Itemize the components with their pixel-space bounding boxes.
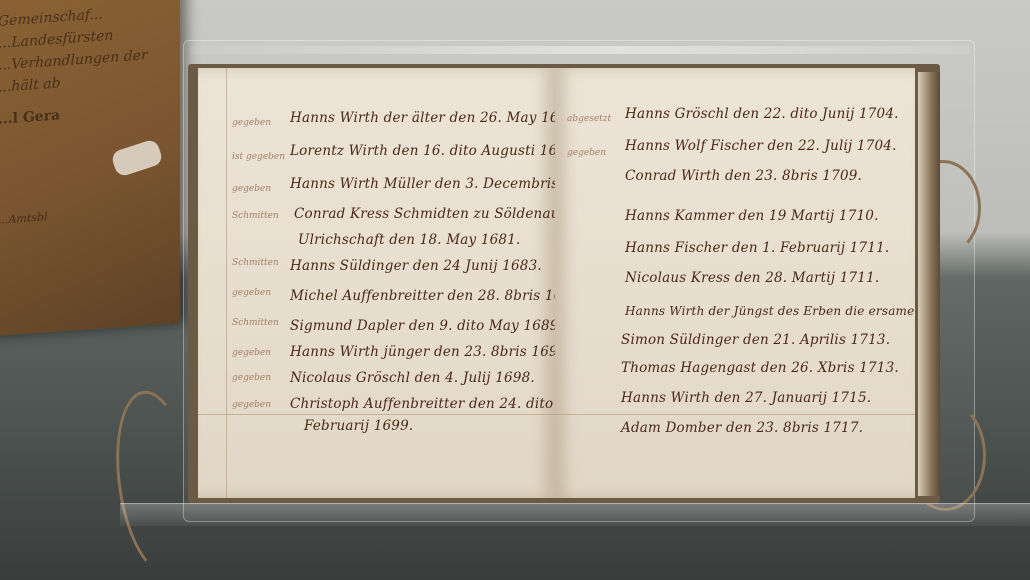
ruled-line <box>198 414 555 415</box>
margin-note: gegeben <box>232 118 271 128</box>
register-entry: Hanns Wolf Fischer den 22. Julij 1704. <box>625 138 897 154</box>
acrylic-shelf <box>120 503 1030 526</box>
register-entry: Hanns Fischer den 1. Februarij 1711. <box>625 240 889 256</box>
register-entry: Ulrichschaft den 18. May 1681. <box>298 232 520 248</box>
register-entry: Hanns Wirth den 27. Januarij 1715. <box>621 390 871 406</box>
background-document: Gemeinschaf... ...Landesfürsten ...Verha… <box>0 0 180 337</box>
margin-note: abgesetzt <box>567 114 611 124</box>
register-entry: Hanns Wirth der älter den 26. May 1669. <box>290 110 581 126</box>
register-entry: Nicolaus Gröschl den 4. Julij 1698. <box>290 370 535 386</box>
register-entry: Nicolaus Kress den 28. Martij 1711. <box>625 270 879 286</box>
book-fore-edge <box>918 72 940 496</box>
acrylic-reflection <box>190 46 970 54</box>
register-entry: Hanns Süldinger den 24 Junij 1683. <box>290 258 542 274</box>
register-entry: Conrad Kress Schmidten zu Söldenau <box>294 206 560 222</box>
margin-note: gegeben <box>232 184 271 194</box>
register-entry: Simon Süldinger den 21. Aprilis 1713. <box>621 332 890 348</box>
margin-note: gegeben <box>232 373 271 383</box>
register-entry: Thomas Hagengast den 26. Xbris 1713. <box>621 360 899 376</box>
margin-note: Schmitten <box>232 211 279 221</box>
document-line: ...Amtsbl <box>0 210 48 226</box>
margin-note: gegeben <box>232 288 271 298</box>
register-entry: Hanns Kammer den 19 Martij 1710. <box>625 208 879 224</box>
register-entry: Hanns Gröschl den 22. dito Junij 1704. <box>625 106 899 122</box>
document-line: Gemeinschaf... <box>0 6 103 29</box>
register-entry: Christoph Auffenbreitter den 24. dito <box>290 396 553 412</box>
register-entry: Februarij 1699. <box>304 418 413 434</box>
ruled-line <box>555 414 915 415</box>
right-page: abgesetzt gegeben Hanns Gröschl den 22. … <box>555 68 915 498</box>
margin-note: Schmitten <box>232 318 279 328</box>
document-line: ...Landesfürsten <box>0 28 113 52</box>
margin-note: ist gegeben <box>232 152 285 162</box>
margin-note: gegeben <box>232 400 271 410</box>
margin-rule <box>226 68 227 498</box>
document-line: ...Verhandlungen der <box>0 47 148 73</box>
register-entry: Hanns Wirth der Jüngst des Erben die ers… <box>625 304 914 318</box>
register-entry: Hanns Wirth jünger den 23. 8bris 1696. <box>290 344 571 360</box>
register-entry: Michel Auffenbreitter den 28. 8bris 1684… <box>290 288 585 304</box>
register-entry: Sigmund Dapler den 9. dito May 1689. <box>290 318 563 334</box>
document-line: ...l Gera <box>0 107 60 127</box>
register-entry: Adam Domber den 23. 8bris 1717. <box>621 420 863 436</box>
document-line: ...hält ab <box>0 75 61 95</box>
register-entry: Lorentz Wirth den 16. dito Augusti 1671. <box>290 143 579 159</box>
register-entry: Conrad Wirth den 23. 8bris 1709. <box>625 168 862 184</box>
margin-note: gegeben <box>567 148 606 158</box>
margin-note: gegeben <box>232 348 271 358</box>
open-register-book: gegeben ist gegeben gegeben Schmitten Sc… <box>188 64 940 504</box>
margin-note: Schmitten <box>232 258 279 268</box>
left-page: gegeben ist gegeben gegeben Schmitten Sc… <box>198 68 555 498</box>
museum-display-scene: Gemeinschaf... ...Landesfürsten ...Verha… <box>0 0 1030 580</box>
